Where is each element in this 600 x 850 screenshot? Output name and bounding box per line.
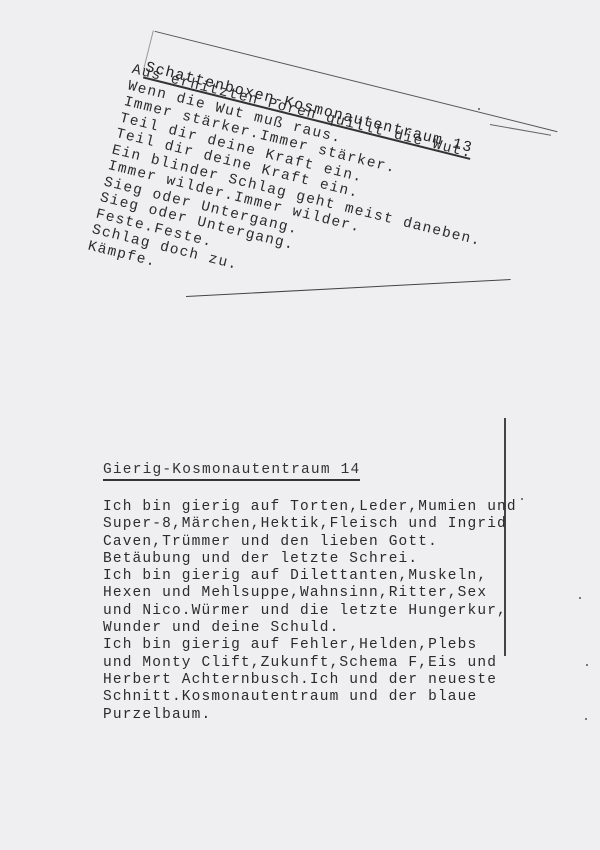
speck [585,718,587,720]
speck [586,664,588,666]
clipping-edge-line [490,124,551,136]
poem-1-body: Aus erhitzten Poren quillt die Wut. Wenn… [86,62,503,346]
poem-line: Ich bin gierig auf Fehler,Helden,Plebs [103,637,513,654]
poem-line: Super-8,Märchen,Hektik,Fleisch und Ingri… [103,516,513,533]
poem-line: Purzelbaum. [103,707,513,724]
poem-line: und Monty Clift,Zukunft,Schema F,Eis und [103,655,513,672]
poem-2-title: Gierig-Kosmonautentraum 14 [103,462,360,481]
poem-line: Wunder und deine Schuld. [103,620,513,637]
poem-line: Schnitt.Kosmonautentraum und der blaue [103,689,513,706]
poem-line: Hexen und Mehlsuppe,Wahnsinn,Ritter,Sex [103,585,513,602]
speck [579,597,581,599]
speck [521,498,523,500]
poem-line: Caven,Trümmer und den lieben Gott. [103,534,513,551]
speck [478,108,480,110]
poem-line: Betäubung und der letzte Schrei. [103,551,513,568]
poem-line: und Nico.Würmer und die letzte Hungerkur… [103,603,513,620]
poem-2-clipping: Gierig-Kosmonautentraum 14 Ich bin gieri… [103,460,513,724]
poem-line: Ich bin gierig auf Torten,Leder,Mumien u… [103,499,513,516]
poem-line: Ich bin gierig auf Dilettanten,Muskeln, [103,568,513,585]
poem-2-body: Ich bin gierig auf Torten,Leder,Mumien u… [103,499,513,724]
poem-line: Herbert Achternbusch.Ich und der neueste [103,672,513,689]
